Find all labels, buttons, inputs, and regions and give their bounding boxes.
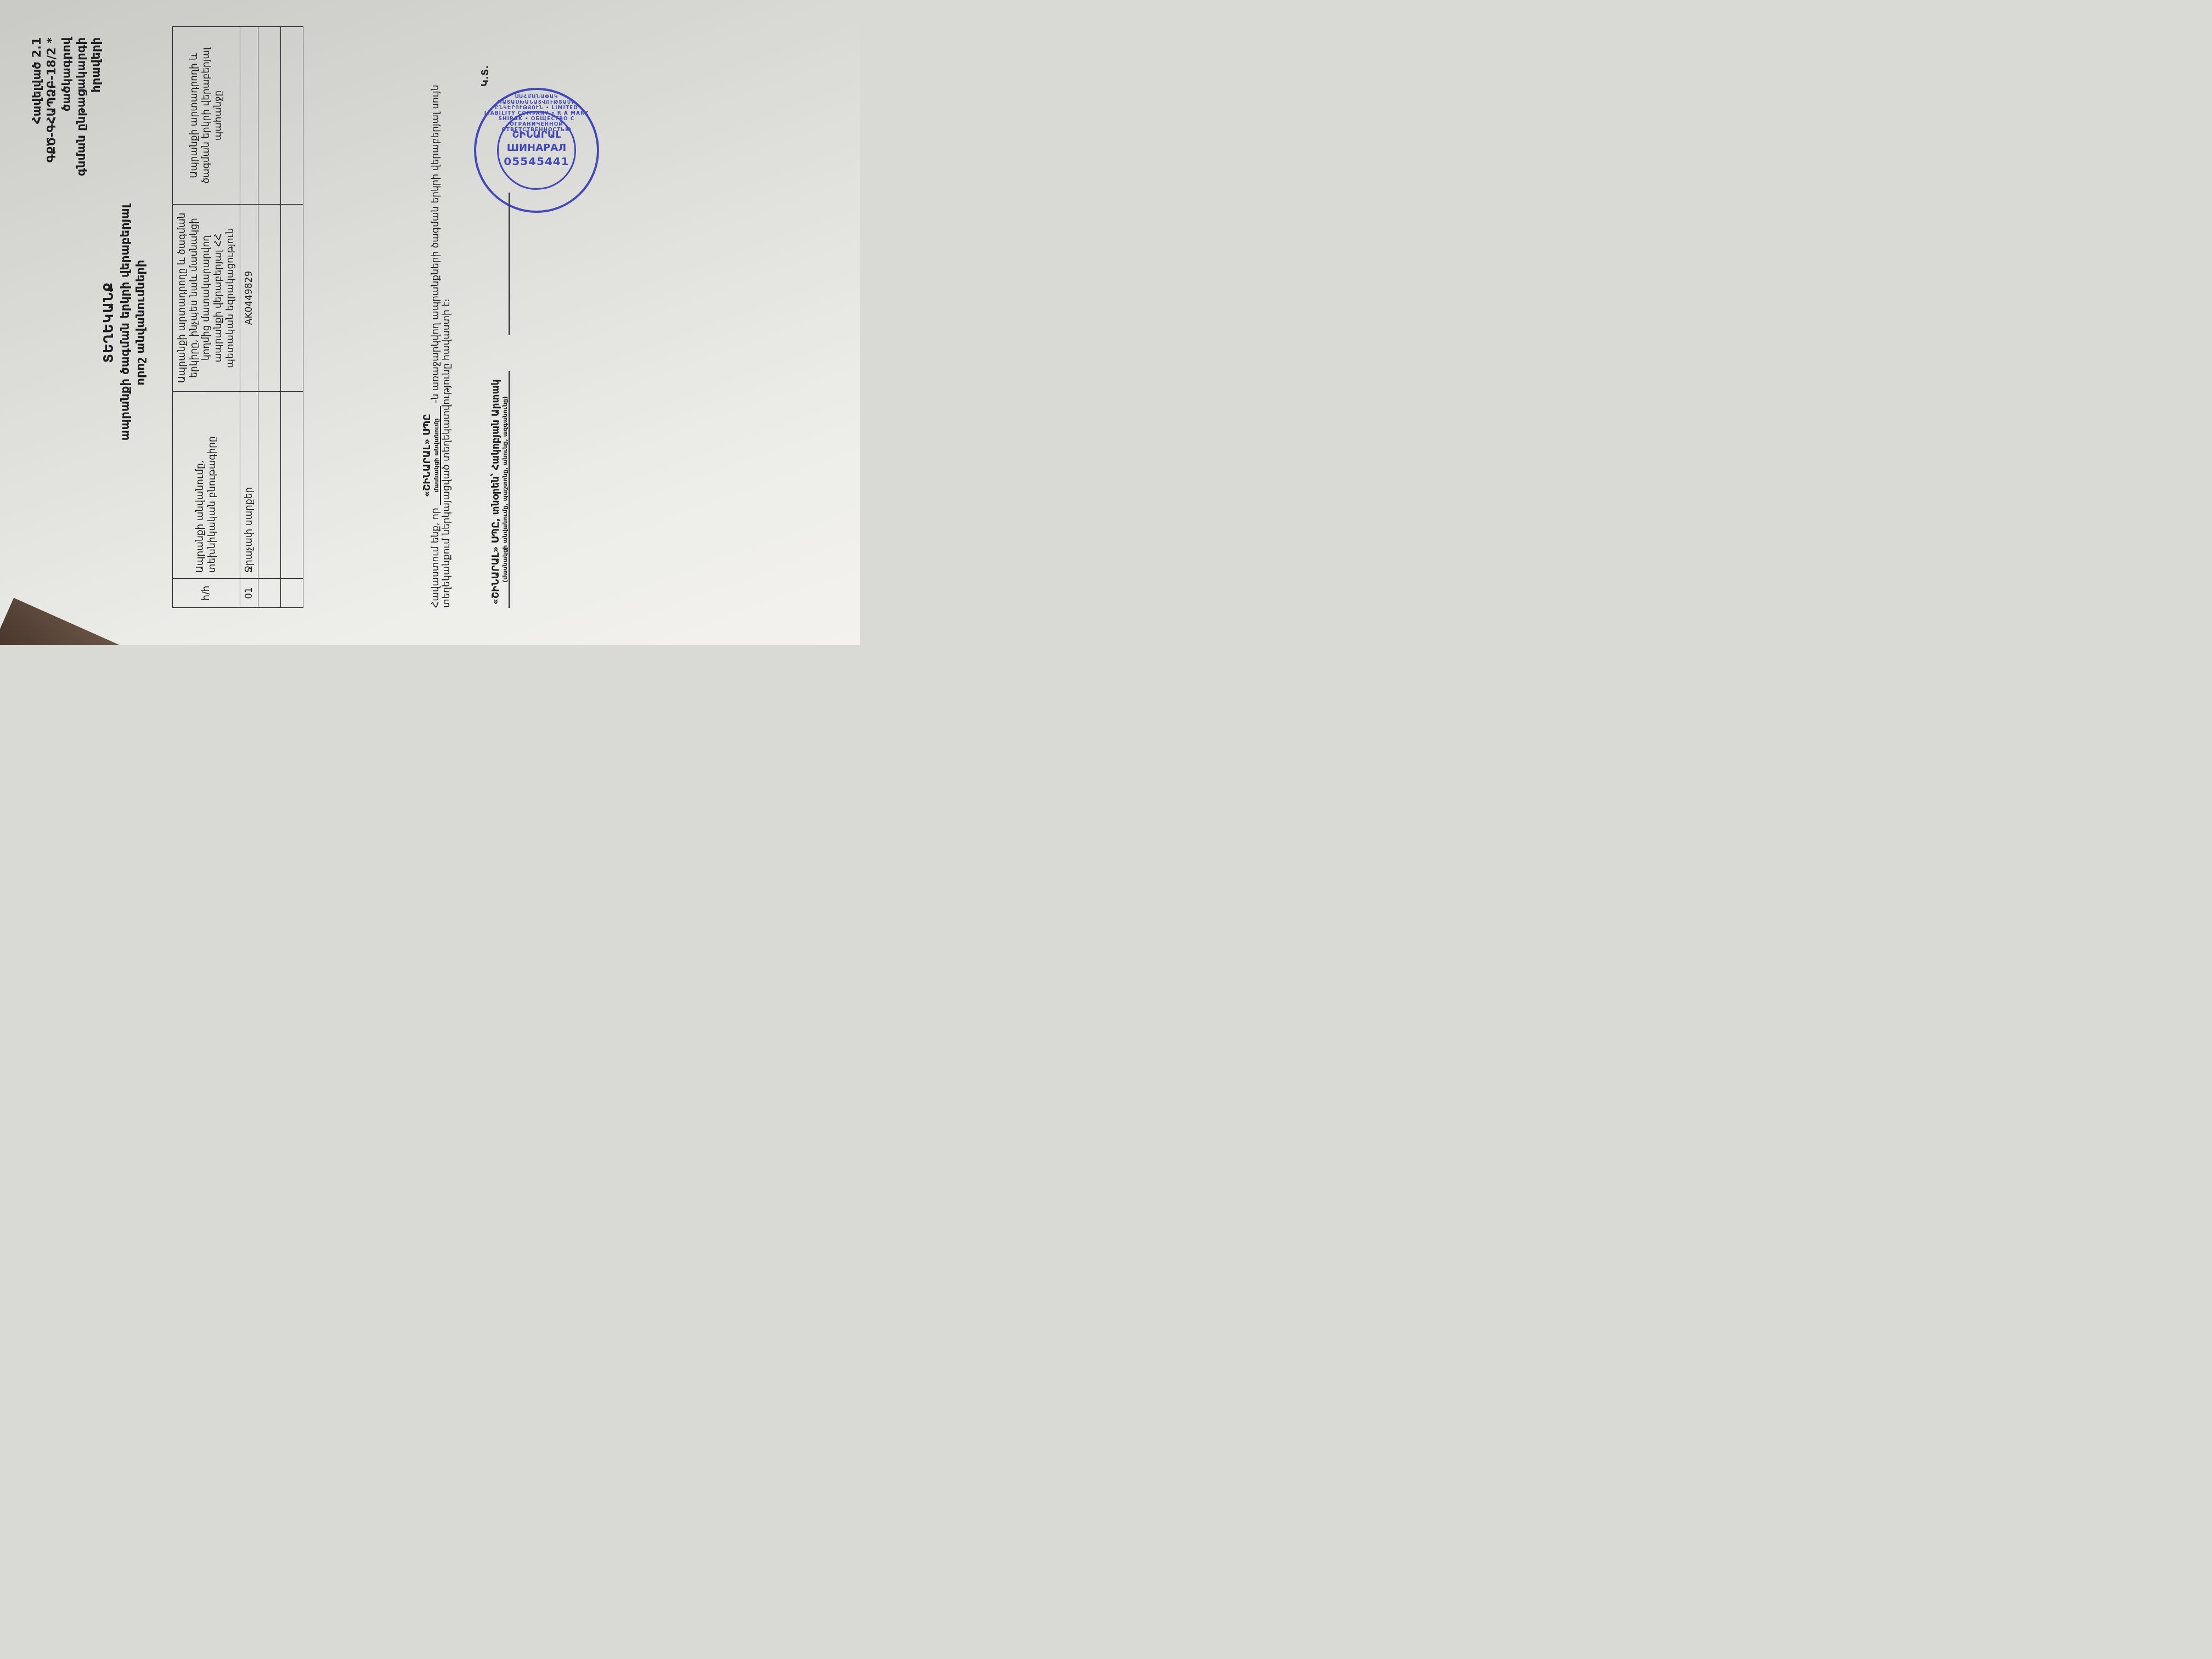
annex-header: Հավելված 2.1 ԳՔԾ-ԳՀԱՊՁԲ-18/2 * ծածկագրով… <box>30 37 104 176</box>
row-requirement <box>281 27 303 205</box>
row-manufacturer <box>281 205 303 392</box>
row-manufacturer: AK0449829 <box>240 205 258 392</box>
row-requirement <box>240 27 258 205</box>
signature-line <box>509 193 510 335</box>
table-header-row: հ/հ Ապրանքի անվանումը, տեխնիկական բնութա… <box>173 27 240 608</box>
row-number <box>258 579 281 608</box>
annex-line-4: գնման ընթացակարգի <box>74 37 89 176</box>
company-stamp: ՍԱՀՄԱՆԱՓԱԿ ՊԱՏԱՍԽԱՆԱՏՎՈՒԹՅԱՄԲ ԸՆԿԵՐՈՒԹՅՈ… <box>474 88 599 213</box>
signatory-caption: (մասնակցի անվանումը, պաշտոնը, անունը, ազ… <box>501 374 509 605</box>
title-sub-2: որոշ անվանումների <box>134 15 147 630</box>
table-row: 01 Ջրաչափ սարքեր AK0449829 <box>240 27 258 608</box>
stamp-name-hy: ՇԻՆԱՐԱԼ <box>476 128 597 142</box>
signatory-name: «ՇԻՆԱՐԱԼ» ՍՊԸ, տնօրեն՝ Հակոբյան Արտակ (մ… <box>490 371 510 608</box>
row-product <box>281 392 303 579</box>
title-main: ՏԵՂԵԿԱՆՔ <box>101 15 116 630</box>
row-number <box>281 579 303 608</box>
row-number: 01 <box>240 579 258 608</box>
participant-name-field: «ՇԻՆԱՐԱԼ» ՍՊԸ մասնակցի անվանումը <box>422 406 441 505</box>
annex-line-3: ծածկագրով <box>59 37 74 176</box>
header-manufacturer: Ապրանքի արտադրողը և ծագման երկիրը, ինչպե… <box>173 205 240 392</box>
seal-mark: Կ.Տ. <box>479 65 491 87</box>
header-product: Ապրանքի անվանումը, տեխնիկական բնութագիրը <box>173 392 240 579</box>
table-row <box>258 27 281 608</box>
row-requirement <box>258 27 281 205</box>
stamp-name-ru: ШИНАРАЛ <box>476 142 597 155</box>
header-requirement: Ապրանքի արտադրողի և ծագման երկրի վերաբեր… <box>173 27 240 205</box>
row-manufacturer <box>258 205 281 392</box>
participant-caption: մասնակցի անվանումը <box>433 406 440 505</box>
title-sub: ապրանքի ծագման երկրի վերաբերյալ <box>119 15 132 630</box>
statement-prefix: Հավաստում ենք, որ <box>430 508 441 608</box>
stamp-code: 05545441 <box>476 155 597 168</box>
procurement-code: ԳՔԾ-ԳՀԱՊՁԲ-18/2 * <box>44 37 59 176</box>
document-page: Հավելված 2.1 ԳՔԾ-ԳՀԱՊՁԲ-18/2 * ծածկագրով… <box>19 15 842 630</box>
stamp-center: ՇԻՆԱՐԱԼ ШИНАРАЛ 05545441 <box>476 128 597 168</box>
participant-name: «ՇԻՆԱՐԱԼ» ՍՊԸ <box>422 414 433 497</box>
row-product <box>258 392 281 579</box>
table-row <box>281 27 303 608</box>
row-product: Ջրաչափ սարքեր <box>240 392 258 579</box>
annex-number: Հավելված 2.1 <box>30 37 44 176</box>
origin-table: հ/հ Ապրանքի անվանումը, տեխնիկական բնութա… <box>172 26 303 608</box>
attestation-statement: Հավաստում ենք, որ «ՇԻՆԱՐԱԼ» ՍՊԸ մասնակցի… <box>422 26 462 608</box>
document-title: ՏԵՂԵԿԱՆՔ ապրանքի ծագման երկրի վերաբերյալ… <box>101 15 147 630</box>
header-number: հ/հ <box>173 579 240 608</box>
